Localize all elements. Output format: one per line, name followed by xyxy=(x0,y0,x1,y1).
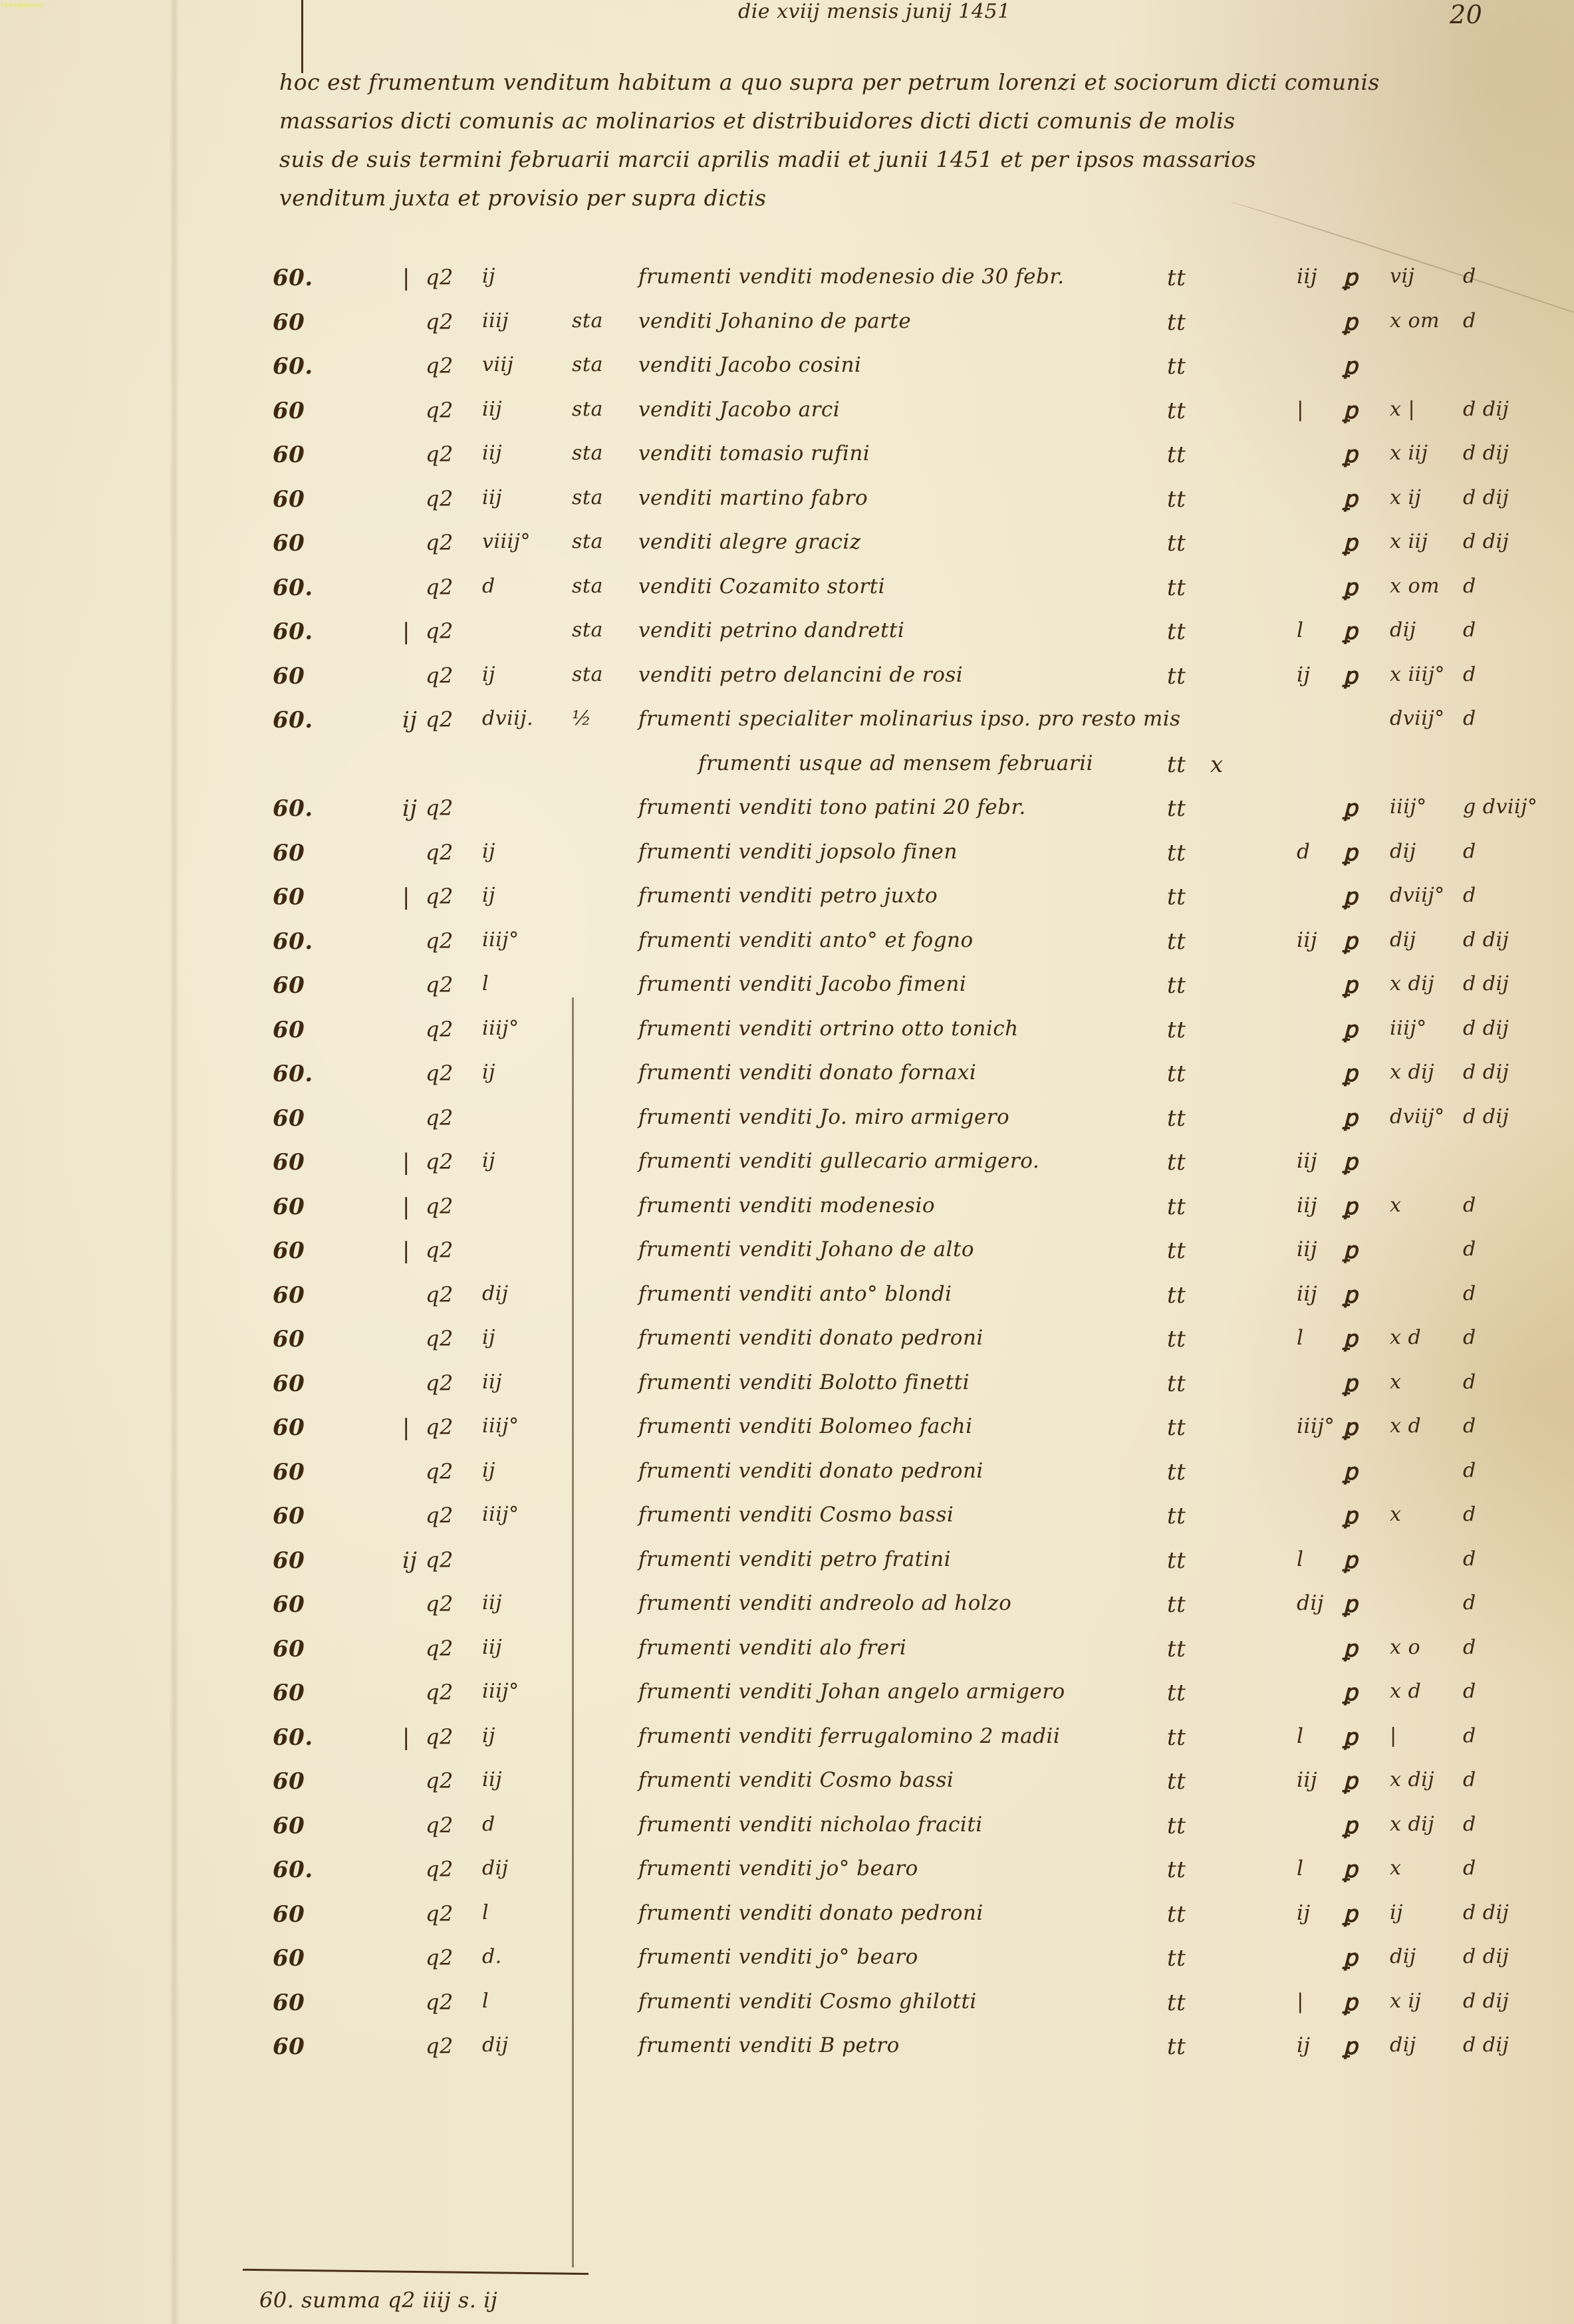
payment-mark: tt xyxy=(1167,1326,1186,1353)
ledger-row: 60.q2iiij°frumenti venditi anto° et fogn… xyxy=(0,923,1574,968)
ledger-row: 60q2ijfrumenti venditi donato pedronittl… xyxy=(0,1321,1574,1365)
right-amount-3: x ij xyxy=(1390,486,1421,509)
right-amount-2: ꝑ xyxy=(1343,575,1358,601)
right-amount-3: x dij xyxy=(1390,1813,1434,1836)
right-amount-3: iiij° xyxy=(1390,1017,1427,1040)
quantity-cell: iiij° xyxy=(482,1414,519,1438)
right-amount-2: ꝑ xyxy=(1343,486,1358,513)
payment-mark: tt xyxy=(1167,2033,1186,2060)
ledger-entries: 60.|q2ijfrumenti venditi modenesio die 3… xyxy=(0,259,1574,2073)
payment-mark: tt xyxy=(1167,840,1186,866)
ledger-row: 60|q2ijfrumenti venditi petro juxtottꝑdv… xyxy=(0,878,1574,923)
right-amount-3: x dij xyxy=(1390,1061,1434,1084)
heading-line: hoc est frumentum venditum habitum a quo… xyxy=(279,63,1490,102)
right-amount-4: d xyxy=(1463,884,1476,907)
ledger-row: 60q2dijfrumenti venditi B petrottijꝑdijd… xyxy=(0,2028,1574,2073)
price-cell: 60 xyxy=(273,442,305,468)
payment-mark: tt xyxy=(1167,1636,1186,1662)
price-cell: 60 xyxy=(273,1149,305,1176)
entry-text: frumenti specialiter molinarius ipso. pr… xyxy=(638,707,1181,731)
price-cell: 60 xyxy=(273,2033,305,2060)
payment-mark: tt xyxy=(1167,1414,1186,1441)
quantity-cell: ij xyxy=(482,1459,495,1482)
price-cell: 60 xyxy=(273,1237,305,1264)
ledger-row: 60q2dfrumenti venditi nicholao fracititt… xyxy=(0,1807,1574,1852)
unit-cell: q2 xyxy=(426,795,454,821)
quantity-cell: d xyxy=(482,575,495,598)
right-amount-3: x om xyxy=(1390,309,1440,332)
unit-cell: q2 xyxy=(426,1194,454,1219)
right-amount-3: x dij xyxy=(1390,972,1434,995)
right-amount-3: x o xyxy=(1390,1636,1420,1659)
ledger-row: 60q2iijstavenditi Jacobo arcitt|ꝑx |d di… xyxy=(0,392,1574,437)
payment-mark: tt xyxy=(1167,1901,1186,1928)
entry-text: venditi Johanino de parte xyxy=(638,309,911,333)
ledger-row: 60q2frumenti venditi Jo. miro armigerott… xyxy=(0,1100,1574,1144)
unregistered-watermark: Unregistered xyxy=(1,1,43,9)
heading-paragraph: hoc est frumentum venditum habitum a quo… xyxy=(279,63,1490,217)
right-amount-3: x ij xyxy=(1390,1990,1421,2013)
payment-mark: tt xyxy=(1167,795,1186,822)
payment-mark: tt xyxy=(1167,928,1186,955)
quantity-cell: iij xyxy=(482,1636,502,1659)
ledger-row: 60.|q2ijfrumenti venditi ferrugalomino 2… xyxy=(0,1719,1574,1763)
price-cell: 60 xyxy=(273,1459,305,1485)
right-amount-1: l xyxy=(1297,1326,1303,1350)
right-amount-2: ꝑ xyxy=(1343,309,1358,336)
right-amount-1: | xyxy=(1297,1990,1304,2013)
right-amount-2: ꝑ xyxy=(1343,1326,1358,1353)
right-amount-3: x | xyxy=(1390,398,1415,421)
abbreviation-cell: ½ xyxy=(572,707,592,730)
ledger-row: 60q2iijstavenditi tomasio rufinittꝑx iij… xyxy=(0,436,1574,481)
entry-text: venditi martino fabro xyxy=(638,486,868,510)
tick-cell: | xyxy=(402,265,410,291)
right-amount-1: iij xyxy=(1297,928,1317,952)
right-amount-4: d dij xyxy=(1463,1061,1509,1084)
tick-cell: | xyxy=(402,1194,410,1220)
payment-mark: tt xyxy=(1167,972,1186,999)
quantity-cell: iij xyxy=(482,1591,502,1614)
price-cell: 60 xyxy=(273,1813,305,1839)
right-amount-2: ꝑ xyxy=(1343,795,1358,822)
right-amount-2: ꝑ xyxy=(1343,2033,1358,2060)
unit-cell: q2 xyxy=(426,353,454,378)
price-cell: 60. xyxy=(273,707,313,733)
tick-cell: | xyxy=(402,1414,410,1441)
unit-cell: q2 xyxy=(426,265,454,290)
unit-cell: q2 xyxy=(426,1149,454,1174)
price-cell: 60. xyxy=(273,795,313,822)
entry-text: frumenti venditi Bolotto finetti xyxy=(638,1370,970,1394)
right-amount-3: dij xyxy=(1390,618,1416,642)
ledger-row: 60.|q2ijfrumenti venditi modenesio die 3… xyxy=(0,259,1574,304)
right-amount-4: d dij xyxy=(1463,2033,1509,2057)
payment-mark: tt xyxy=(1167,1724,1186,1751)
entry-text: frumenti venditi anto° et fogno xyxy=(638,928,974,952)
entry-text: venditi petrino dandretti xyxy=(638,618,904,642)
price-cell: 60 xyxy=(273,1194,305,1220)
price-cell: 60 xyxy=(273,1901,305,1928)
ledger-row: 60q2lfrumenti venditi Jacobo fimenittꝑx … xyxy=(0,967,1574,1011)
right-amount-1: | xyxy=(1297,398,1304,422)
payment-mark: tt xyxy=(1167,398,1186,424)
ledger-row: 60q2iiijstavenditi Johanino de partettꝑx… xyxy=(0,304,1574,348)
price-cell: 60 xyxy=(273,1547,305,1574)
entry-text: venditi tomasio rufini xyxy=(638,442,870,465)
entry-text: frumenti venditi petro juxto xyxy=(638,884,938,908)
right-amount-3: dviij° xyxy=(1390,707,1445,730)
quantity-cell: ij xyxy=(482,884,495,907)
entry-text: frumenti venditi jo° bearo xyxy=(638,1857,918,1880)
entry-text: frumenti venditi Bolomeo fachi xyxy=(638,1414,972,1438)
tick-cell: | xyxy=(402,1724,410,1751)
right-amount-1: iij xyxy=(1297,1149,1317,1173)
unit-cell: q2 xyxy=(426,1547,454,1573)
ledger-row: 60|q2frumenti venditi modenesiottiijꝑxd xyxy=(0,1188,1574,1233)
entry-text: frumenti venditi Johano de alto xyxy=(638,1237,974,1261)
ledger-row: frumenti usque ad mensem februariittx xyxy=(0,746,1574,791)
right-amount-2: ꝑ xyxy=(1343,1901,1358,1928)
right-amount-3: dviij° xyxy=(1390,884,1445,907)
ledger-row: 60q2ijstavenditi petro delancini de rosi… xyxy=(0,658,1574,702)
ledger-row: 60q2iijfrumenti venditi alo frerittꝑx od xyxy=(0,1630,1574,1675)
abbreviation-cell: sta xyxy=(572,398,603,421)
payment-mark: tt xyxy=(1167,353,1186,380)
payment-mark: tt xyxy=(1167,1370,1186,1397)
entry-text: frumenti venditi Jo. miro armigero xyxy=(638,1105,1009,1129)
right-amount-1: ij xyxy=(1297,2033,1311,2057)
quantity-cell: iiij xyxy=(482,309,509,332)
right-amount-4: d dij xyxy=(1463,486,1509,509)
price-cell: 60 xyxy=(273,1636,305,1662)
heading-line: suis de suis termini februarii marcii ap… xyxy=(279,140,1490,179)
unit-cell: q2 xyxy=(426,1370,454,1396)
payment-mark: tt xyxy=(1167,575,1186,601)
quantity-cell: iij xyxy=(482,442,502,465)
right-amount-4: d dij xyxy=(1463,972,1509,995)
ledger-row: 60.q2ijfrumenti venditi donato fornaxitt… xyxy=(0,1055,1574,1100)
entry-text: frumenti venditi nicholao fraciti xyxy=(638,1813,983,1837)
entry-text: frumenti venditi Cosmo bassi xyxy=(638,1503,954,1527)
right-amount-1: iij xyxy=(1297,1194,1317,1218)
entry-text: venditi Jacobo cosini xyxy=(638,353,861,377)
column-rule xyxy=(572,997,574,2267)
abbreviation-cell: sta xyxy=(572,486,603,509)
quantity-cell: l xyxy=(482,972,489,995)
ledger-row: 60q2iijfrumenti venditi Bolotto finettit… xyxy=(0,1365,1574,1410)
abbreviation-cell: sta xyxy=(572,309,603,332)
right-amount-2: ꝑ xyxy=(1343,1105,1358,1132)
right-amount-4: d dij xyxy=(1463,1945,1509,1968)
tick-cell: | xyxy=(402,1149,410,1176)
right-amount-4: d dij xyxy=(1463,530,1509,553)
right-amount-3: dviij° xyxy=(1390,1105,1445,1128)
ledger-row: 60.ijq2dviij.½frumenti specialiter molin… xyxy=(0,702,1574,746)
abbreviation-cell: sta xyxy=(572,442,603,465)
price-cell: 60 xyxy=(273,1017,305,1043)
quantity-cell: iiij° xyxy=(482,928,519,952)
quantity-cell: dij xyxy=(482,1857,509,1880)
price-cell: 60. xyxy=(273,1061,313,1087)
unit-cell: q2 xyxy=(426,1414,454,1440)
unit-cell: q2 xyxy=(426,1017,454,1042)
right-amount-4: d xyxy=(1463,309,1476,332)
unit-cell: q2 xyxy=(426,1459,454,1484)
right-amount-1: l xyxy=(1297,1724,1303,1748)
right-amount-3: x dij xyxy=(1390,1768,1434,1791)
right-amount-3: x d xyxy=(1390,1326,1421,1349)
price-cell: 60 xyxy=(273,1282,305,1309)
right-amount-2: ꝑ xyxy=(1343,884,1358,910)
heading-bracket xyxy=(301,0,303,73)
right-amount-4: d xyxy=(1463,840,1476,863)
right-amount-2: ꝑ xyxy=(1343,530,1358,557)
ledger-row: 60.|q2stavenditi petrino dandrettittlꝑdi… xyxy=(0,613,1574,658)
right-amount-2: ꝑ xyxy=(1343,1990,1358,2016)
unit-cell: q2 xyxy=(426,1503,454,1528)
folio-number: 20 xyxy=(1450,0,1482,29)
entry-text: frumenti venditi donato pedroni xyxy=(638,1326,984,1350)
price-cell: 60 xyxy=(273,398,305,424)
right-amount-4: d xyxy=(1463,1547,1476,1571)
entry-text: frumenti venditi Jacobo fimeni xyxy=(638,972,966,996)
right-amount-2: ꝑ xyxy=(1343,1370,1358,1397)
ledger-row: 60q2d.frumenti venditi jo° bearottꝑdijd … xyxy=(0,1940,1574,1984)
entry-text: frumenti venditi Johan angelo armigero xyxy=(638,1680,1065,1704)
right-amount-4: d xyxy=(1463,1768,1476,1791)
entry-text: frumenti venditi B petro xyxy=(638,2033,900,2057)
tally-total: 60. summa q2 iiij s. ij xyxy=(259,2287,497,2313)
entry-text: venditi Jacobo arci xyxy=(638,398,840,422)
right-amount-1: iij xyxy=(1297,265,1317,289)
price-cell: 60 xyxy=(273,530,305,557)
right-amount-4: d dij xyxy=(1463,928,1509,952)
abbreviation-cell: sta xyxy=(572,618,603,642)
right-amount-2: ꝑ xyxy=(1343,1636,1358,1662)
entry-text: frumenti venditi tono patini 20 febr. xyxy=(638,795,1026,819)
payment-mark: tt xyxy=(1167,265,1186,291)
right-amount-3: iiij° xyxy=(1390,795,1427,819)
right-amount-4: d dij xyxy=(1463,1105,1509,1128)
right-amount-2: ꝑ xyxy=(1343,1414,1358,1441)
tick-cell: ij xyxy=(402,707,417,733)
right-amount-3: x xyxy=(1390,1503,1401,1526)
payment-mark: tt xyxy=(1167,1547,1186,1574)
payment-mark: tt xyxy=(1167,1282,1186,1309)
unit-cell: q2 xyxy=(426,398,454,423)
right-amount-4: d xyxy=(1463,1813,1476,1836)
entry-text: frumenti venditi donato fornaxi xyxy=(638,1061,976,1085)
total-rule xyxy=(243,2269,589,2275)
quantity-cell: dij xyxy=(482,2033,509,2057)
price-cell: 60 xyxy=(273,1370,305,1397)
right-amount-4: d dij xyxy=(1463,442,1509,465)
entry-text: frumenti venditi ortrino otto tonich xyxy=(638,1017,1019,1041)
ledger-row: 60q2iijfrumenti venditi andreolo ad holz… xyxy=(0,1586,1574,1630)
entry-text: frumenti venditi jo° bearo xyxy=(638,1945,918,1969)
unit-cell: q2 xyxy=(426,1237,454,1263)
price-cell: 60. xyxy=(273,618,313,645)
unit-cell: q2 xyxy=(426,1990,454,2015)
unit-cell: q2 xyxy=(426,1326,454,1351)
right-amount-2: ꝑ xyxy=(1343,265,1358,291)
right-amount-2: ꝑ xyxy=(1343,1282,1358,1309)
tick-cell: ij xyxy=(402,1547,417,1574)
right-amount-4: d xyxy=(1463,1326,1476,1349)
entry-text: frumenti venditi andreolo ad holzo xyxy=(638,1591,1011,1615)
entry-text: frumenti venditi Cosmo bassi xyxy=(638,1768,954,1792)
entry-text: venditi Cozamito storti xyxy=(638,575,885,598)
payment-mark: tt xyxy=(1167,309,1186,336)
right-amount-2: ꝑ xyxy=(1343,972,1358,999)
right-amount-2: ꝑ xyxy=(1343,1459,1358,1485)
ledger-row: 60q2iiij°frumenti venditi ortrino otto t… xyxy=(0,1011,1574,1056)
entry-text: frumenti usque ad mensem februarii xyxy=(698,751,1093,775)
tick-cell: | xyxy=(402,618,410,645)
ledger-row: 60q2ijfrumenti venditi donato pedronittꝑ… xyxy=(0,1454,1574,1498)
right-amount-3: x om xyxy=(1390,575,1440,598)
unit-cell: q2 xyxy=(426,884,454,909)
price-cell: 60 xyxy=(273,1680,305,1706)
right-amount-1: d xyxy=(1297,840,1310,864)
quantity-cell: dviij. xyxy=(482,707,533,730)
right-amount-1: iij xyxy=(1297,1237,1317,1261)
right-amount-4: d dij xyxy=(1463,398,1509,421)
payment-mark: tt xyxy=(1167,1194,1186,1220)
ledger-row: 60ijq2frumenti venditi petro fratinittlꝑ… xyxy=(0,1542,1574,1587)
payment-mark: tt xyxy=(1167,1680,1186,1706)
payment-mark: tt xyxy=(1167,1061,1186,1087)
unit-cell: q2 xyxy=(426,1945,454,1970)
payment-mark: tt xyxy=(1167,1813,1186,1839)
right-amount-1: ij xyxy=(1297,663,1311,687)
heading-line: venditum juxta et provisio per supra dic… xyxy=(279,179,1490,217)
abbreviation-cell: sta xyxy=(572,575,603,598)
right-amount-3: x iiij° xyxy=(1390,663,1445,686)
unit-cell: q2 xyxy=(426,707,454,732)
right-amount-4: d xyxy=(1463,575,1476,598)
quantity-cell: d. xyxy=(482,1945,502,1968)
right-amount-2: ꝑ xyxy=(1343,1945,1358,1972)
right-amount-1: iiij° xyxy=(1297,1414,1335,1438)
right-amount-3: x xyxy=(1390,1370,1401,1394)
right-amount-4: d xyxy=(1463,265,1476,288)
right-amount-4: g dviij° xyxy=(1463,795,1537,819)
price-cell: 60 xyxy=(273,1105,305,1132)
right-amount-2: ꝑ xyxy=(1343,1724,1358,1751)
entry-text: venditi petro delancini de rosi xyxy=(638,663,963,687)
ledger-row: 60q2iiij°frumenti venditi Cosmo bassittꝑ… xyxy=(0,1497,1574,1542)
tick-cell: | xyxy=(402,884,410,910)
price-cell: 60. xyxy=(273,575,313,601)
payment-mark: tt xyxy=(1167,751,1186,778)
right-amount-4: d xyxy=(1463,1857,1476,1880)
right-amount-2: ꝑ xyxy=(1343,1149,1358,1176)
side-mark: x xyxy=(1210,751,1224,778)
payment-mark: tt xyxy=(1167,1237,1186,1264)
right-amount-2: ꝑ xyxy=(1343,840,1358,866)
right-amount-4: d dij xyxy=(1463,1990,1509,2013)
ledger-row: 60q2iijfrumenti venditi Cosmo bassittiij… xyxy=(0,1763,1574,1807)
right-amount-4: d xyxy=(1463,1282,1476,1305)
right-amount-4: d xyxy=(1463,1503,1476,1526)
right-amount-1: ij xyxy=(1297,1901,1311,1925)
right-amount-1: iij xyxy=(1297,1768,1317,1792)
right-amount-3: x xyxy=(1390,1194,1401,1217)
right-amount-1: l xyxy=(1297,618,1303,642)
right-amount-4: d dij xyxy=(1463,1901,1509,1924)
ledger-row: 60.q2dstavenditi Cozamito stortittꝑx omd xyxy=(0,569,1574,614)
right-amount-2: ꝑ xyxy=(1343,1061,1358,1087)
heading-line: massarios dicti comunis ac molinarios et… xyxy=(279,102,1490,140)
entry-text: frumenti venditi petro fratini xyxy=(638,1547,951,1571)
entry-text: frumenti venditi modenesio xyxy=(638,1194,935,1218)
unit-cell: q2 xyxy=(426,1901,454,1926)
quantity-cell: iij xyxy=(482,486,502,509)
entry-text: frumenti venditi jopsolo finen xyxy=(638,840,958,864)
price-cell: 60 xyxy=(273,663,305,690)
right-amount-2: ꝑ xyxy=(1343,442,1358,468)
right-amount-4: d dij xyxy=(1463,1017,1509,1040)
price-cell: 60. xyxy=(273,353,313,380)
price-cell: 60 xyxy=(273,1990,305,2016)
unit-cell: q2 xyxy=(426,618,454,644)
unit-cell: q2 xyxy=(426,530,454,555)
entry-text: frumenti venditi anto° blondi xyxy=(638,1282,952,1306)
payment-mark: tt xyxy=(1167,618,1186,645)
ledger-row: 60q2iiij°frumenti venditi Johan angelo a… xyxy=(0,1674,1574,1719)
payment-mark: tt xyxy=(1167,1591,1186,1618)
unit-cell: q2 xyxy=(426,972,454,997)
ledger-row: 60q2lfrumenti venditi Cosmo ghilottitt|ꝑ… xyxy=(0,1984,1574,2029)
right-amount-2: ꝑ xyxy=(1343,1680,1358,1706)
right-amount-4: d xyxy=(1463,663,1476,686)
ledger-row: 60.q2dijfrumenti venditi jo° bearottlꝑxd xyxy=(0,1851,1574,1896)
quantity-cell: ij xyxy=(482,1149,495,1172)
unit-cell: q2 xyxy=(426,663,454,688)
payment-mark: tt xyxy=(1167,1017,1186,1043)
ledger-row: 60|q2iiij°frumenti venditi Bolomeo fachi… xyxy=(0,1409,1574,1454)
abbreviation-cell: sta xyxy=(572,530,603,553)
payment-mark: tt xyxy=(1167,1503,1186,1529)
right-amount-3: ij xyxy=(1390,1901,1403,1924)
ledger-row: 60.ijq2frumenti venditi tono patini 20 f… xyxy=(0,790,1574,835)
unit-cell: q2 xyxy=(426,1105,454,1130)
right-amount-2: ꝑ xyxy=(1343,353,1358,380)
entry-text: frumenti venditi gullecario armigero. xyxy=(638,1149,1039,1173)
unit-cell: q2 xyxy=(426,1768,454,1793)
unit-cell: q2 xyxy=(426,1813,454,1838)
payment-mark: tt xyxy=(1167,1768,1186,1795)
unit-cell: q2 xyxy=(426,1282,454,1307)
price-cell: 60 xyxy=(273,1326,305,1353)
payment-mark: tt xyxy=(1167,663,1186,690)
unit-cell: q2 xyxy=(426,1857,454,1882)
ledger-row: 60q2ijfrumenti venditi jopsolo finenttdꝑ… xyxy=(0,835,1574,879)
right-amount-2: ꝑ xyxy=(1343,398,1358,424)
right-amount-2: ꝑ xyxy=(1343,1857,1358,1883)
payment-mark: tt xyxy=(1167,1459,1186,1485)
right-amount-1: iij xyxy=(1297,1282,1317,1306)
entry-text: frumenti venditi alo freri xyxy=(638,1636,906,1660)
unit-cell: q2 xyxy=(426,2033,454,2059)
unit-cell: q2 xyxy=(426,1636,454,1661)
right-amount-3: dij xyxy=(1390,1945,1416,1968)
right-amount-3: dij xyxy=(1390,2033,1416,2057)
payment-mark: tt xyxy=(1167,486,1186,513)
quantity-cell: ij xyxy=(482,840,495,863)
